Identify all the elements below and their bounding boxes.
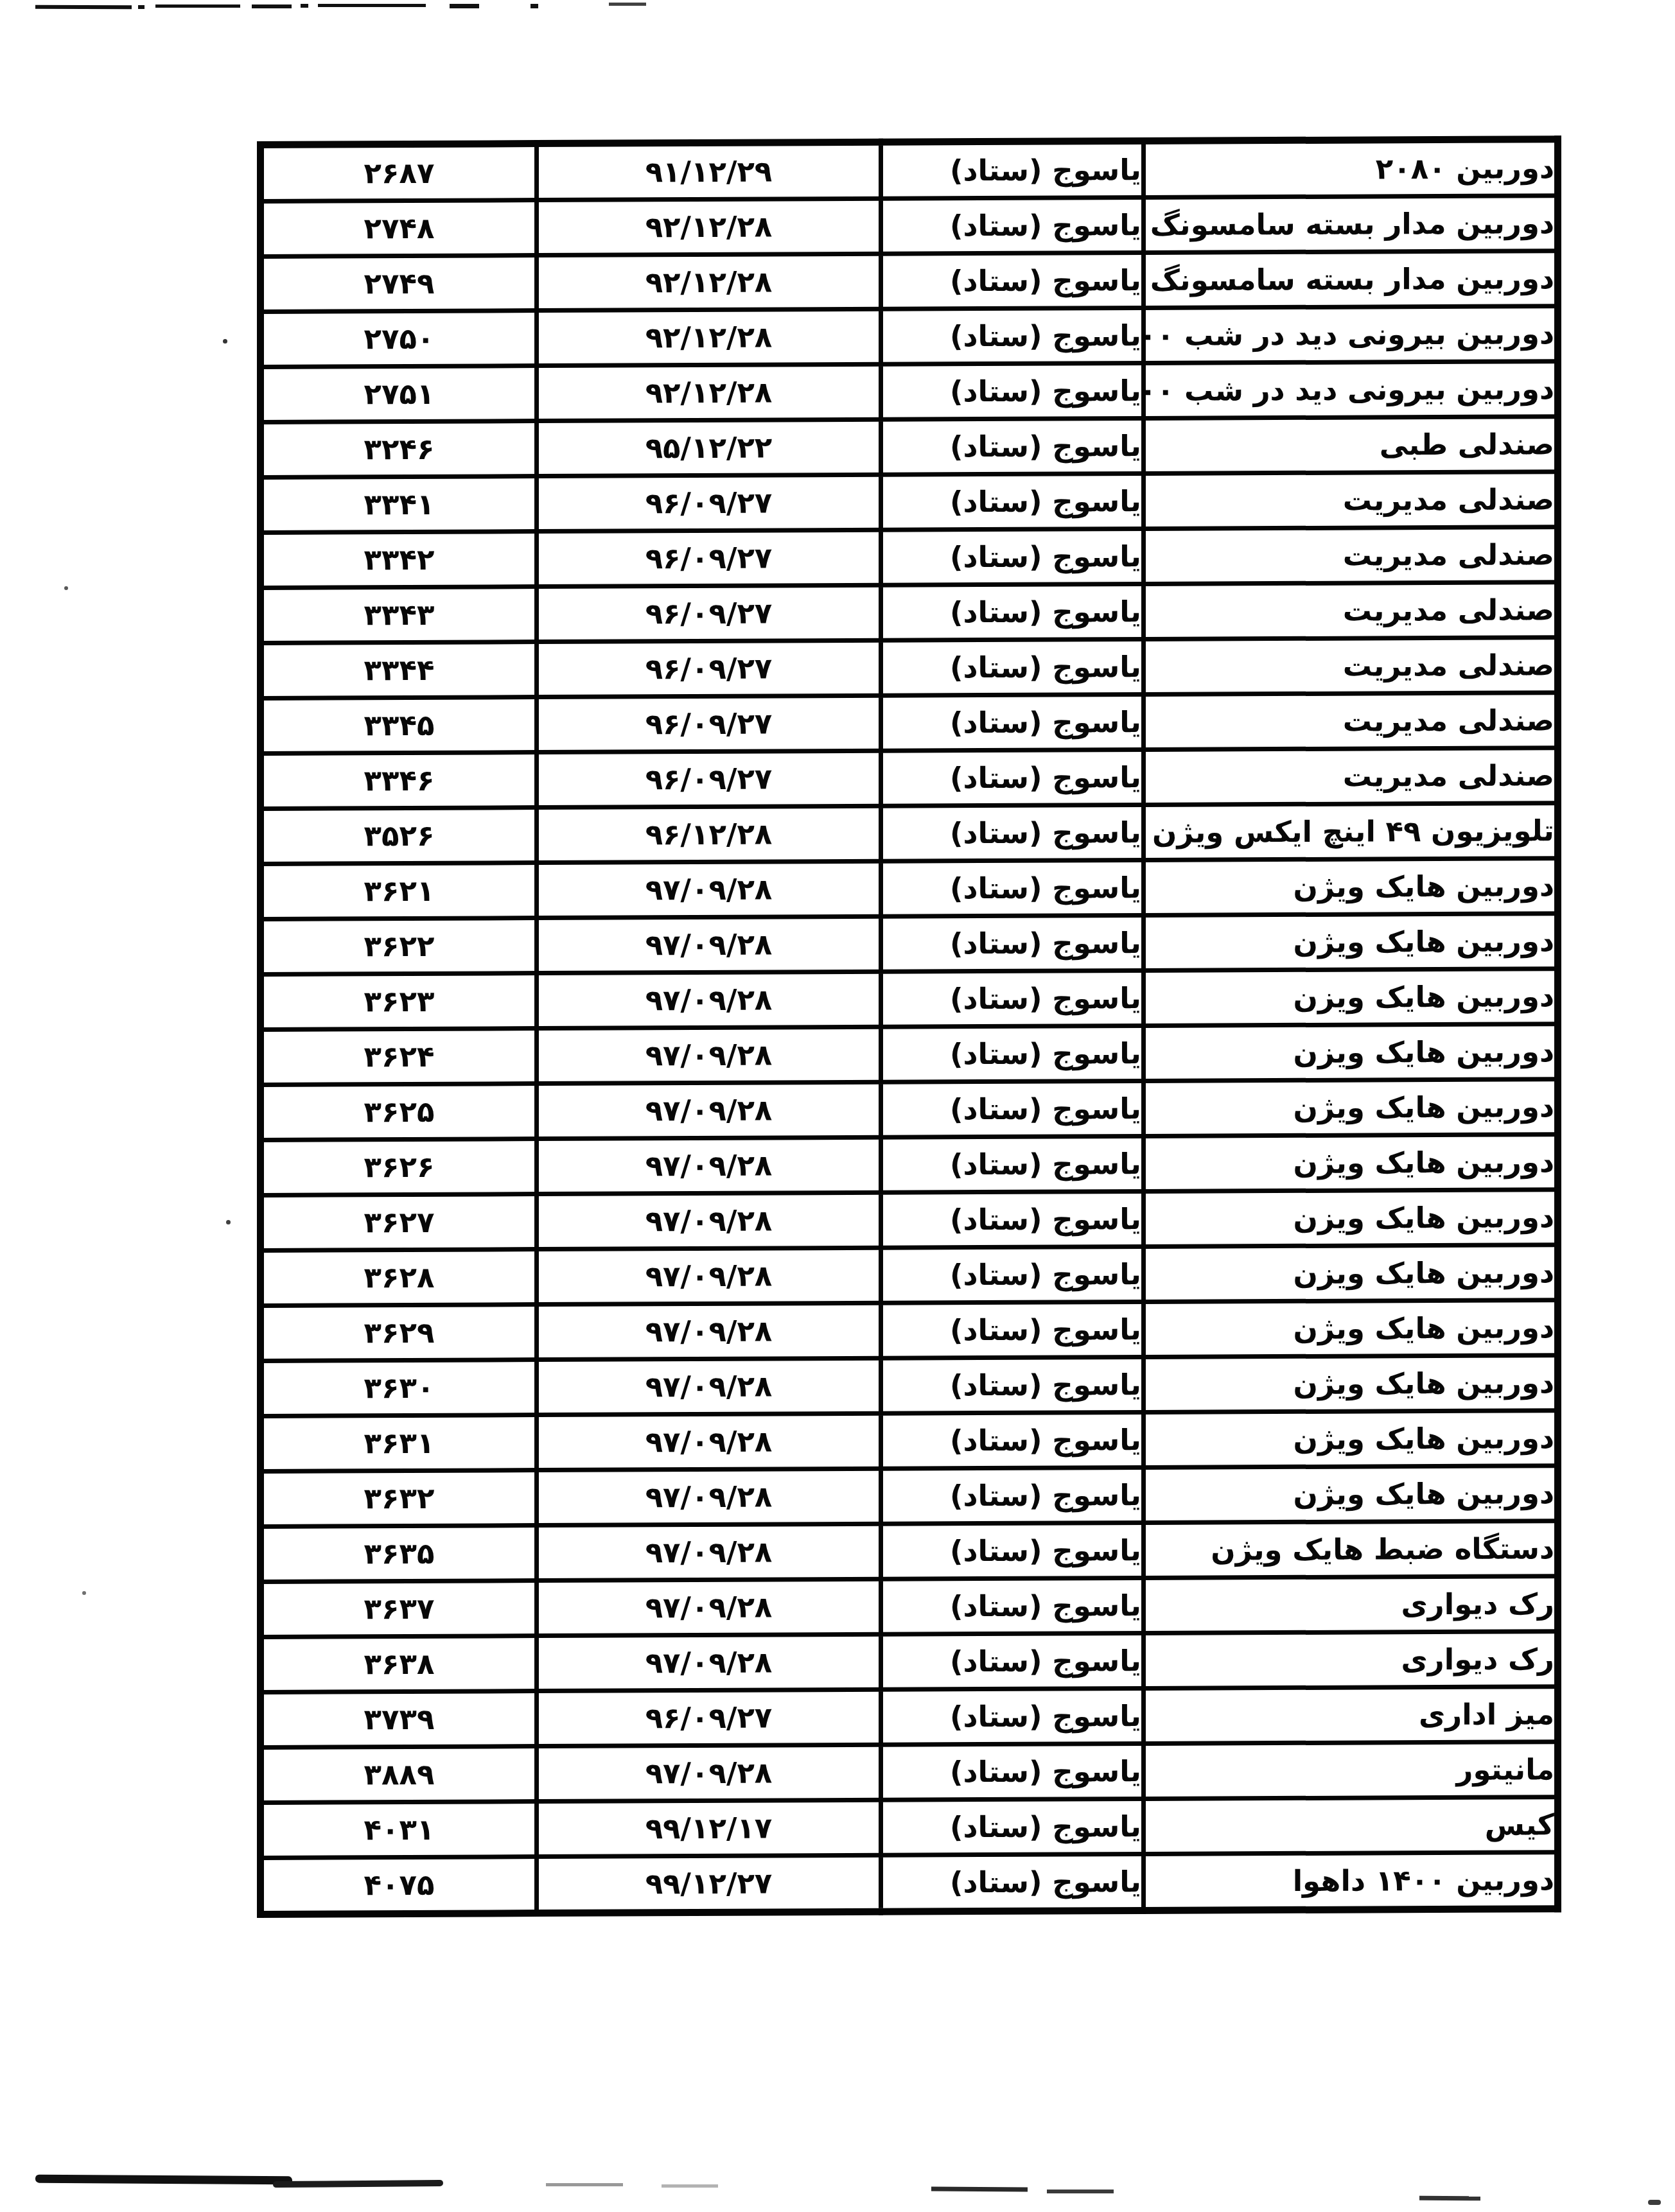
scan-artifact-top-dash: [35, 5, 132, 10]
location-cell: یاسوج (ستاد): [881, 528, 1144, 585]
table-row: ۲۷۴۸ ۹۲/۱۲/۲۸ یاسوج (ستاد) دوربین مدار ب…: [261, 196, 1558, 257]
scan-artifact-speck: [226, 1220, 231, 1224]
location-cell: یاسوج (ستاد): [881, 1467, 1144, 1524]
asset-number-cell: ۳۳۴۵: [261, 697, 537, 754]
date-cell: ۹۹/۱۲/۲۷: [537, 1855, 881, 1913]
location-cell: یاسوج (ستاد): [881, 1798, 1144, 1855]
location-cell: یاسوج (ستاد): [881, 1522, 1144, 1579]
scan-artifact-top-dash: [155, 4, 240, 8]
location-cell: یاسوج (ستاد): [881, 1246, 1144, 1303]
item-name-cell: دوربین بیرونی دید در شب ۹۰۰۰: [1144, 306, 1558, 363]
asset-number-cell: ۳۳۴۱: [261, 476, 537, 533]
location-cell: یاسوج (ستاد): [881, 805, 1144, 861]
asset-number-cell: ۳۶۳۰: [261, 1360, 537, 1416]
item-name-cell: دوربین مدار بسته سامسونگ: [1144, 251, 1558, 308]
location-cell: یاسوج (ستاد): [881, 749, 1144, 806]
asset-number-cell: ۲۷۴۸: [261, 200, 537, 257]
scan-artifact-top-dash: [301, 4, 308, 8]
date-cell: ۹۶/۰۹/۲۷: [537, 751, 881, 807]
date-cell: ۹۶/۰۹/۲۷: [537, 640, 881, 697]
scan-artifact-speck: [223, 339, 227, 344]
asset-number-cell: ۳۶۳۷: [261, 1581, 537, 1637]
table-row: ۳۶۲۷ ۹۷/۰۹/۲۸ یاسوج (ستاد) دوربین هایک و…: [261, 1190, 1558, 1251]
item-name-cell: دوربین مدار بسته سامسونگ: [1144, 196, 1558, 253]
scan-artifact-top-dash: [318, 4, 426, 7]
table-row: ۳۲۴۶ ۹۵/۱۲/۲۲ یاسوج (ستاد) صندلی طبی: [261, 417, 1558, 478]
date-cell: ۹۲/۱۲/۲۸: [537, 364, 881, 421]
table-row: ۳۸۸۹ ۹۷/۰۹/۲۸ یاسوج (ستاد) مانیتور: [261, 1742, 1558, 1803]
table-row: ۳۶۲۹ ۹۷/۰۹/۲۸ یاسوج (ستاد) دوربین هایک و…: [261, 1300, 1558, 1361]
item-name-cell: دوربین هایک ویژن: [1144, 914, 1558, 971]
item-name-cell: دوربین هایک ویژن: [1144, 1466, 1558, 1523]
asset-number-cell: ۳۳۴۴: [261, 642, 537, 699]
location-cell: یاسوج (ستاد): [881, 1081, 1144, 1137]
asset-number-cell: ۳۷۳۹: [261, 1691, 537, 1748]
table-row: ۳۶۲۳ ۹۷/۰۹/۲۸ یاسوج (ستاد) دوربین هایک و…: [261, 969, 1558, 1030]
item-name-cell: دوربین ۲۰۸۰: [1144, 139, 1558, 198]
item-name-cell: میز اداری: [1144, 1687, 1558, 1744]
asset-number-cell: ۳۳۴۳: [261, 587, 537, 643]
location-cell: یاسوج (ستاد): [881, 584, 1144, 640]
location-cell: یاسوج (ستاد): [881, 252, 1144, 309]
date-cell: ۹۷/۰۹/۲۸: [537, 1358, 881, 1415]
date-cell: ۹۹/۱۲/۱۷: [537, 1800, 881, 1856]
item-name-cell: دوربین هایک ویژن: [1144, 1135, 1558, 1192]
scan-artifact-top-dash: [450, 4, 479, 8]
item-name-cell: صندلی مدیریت: [1144, 527, 1558, 584]
item-name-cell: دوربین هایک ویژن: [1144, 1079, 1558, 1136]
asset-number-cell: ۳۶۲۳: [261, 973, 537, 1030]
date-cell: ۹۲/۱۲/۲۸: [537, 309, 881, 365]
location-cell: یاسوج (ستاد): [881, 1743, 1144, 1800]
date-cell: ۹۷/۰۹/۲۸: [537, 1745, 881, 1801]
date-cell: ۹۶/۰۹/۲۷: [537, 530, 881, 586]
table-row: ۳۳۴۲ ۹۶/۰۹/۲۷ یاسوج (ستاد) صندلی مدیریت: [261, 527, 1558, 588]
asset-number-cell: ۲۷۵۱: [261, 366, 537, 422]
scan-artifact-bottom-smudge: [546, 2183, 623, 2186]
date-cell: ۹۶/۱۲/۲۸: [537, 806, 881, 862]
asset-number-cell: ۳۶۳۸: [261, 1636, 537, 1693]
scan-artifact-top-dash: [138, 5, 145, 9]
date-cell: ۹۲/۱۲/۲۸: [537, 254, 881, 310]
asset-number-cell: ۳۸۸۹: [261, 1746, 537, 1803]
date-cell: ۹۵/۱۲/۲۲: [537, 419, 881, 476]
date-cell: ۹۶/۰۹/۲۷: [537, 475, 881, 531]
asset-number-cell: ۳۶۲۸: [261, 1250, 537, 1306]
location-cell: یاسوج (ستاد): [881, 639, 1144, 695]
location-cell: یاسوج (ستاد): [881, 418, 1144, 475]
table-row: ۳۶۳۵ ۹۷/۰۹/۲۸ یاسوج (ستاد) دستگاه ضبط ها…: [261, 1521, 1558, 1582]
table-row: ۴۰۳۱ ۹۹/۱۲/۱۷ یاسوج (ستاد) کیس: [261, 1797, 1558, 1858]
table-row: ۳۶۲۴ ۹۷/۰۹/۲۸ یاسوج (ستاد) دوربین هایک و…: [261, 1024, 1558, 1085]
item-name-cell: دوربین هایک ویزن: [1144, 1190, 1558, 1247]
date-cell: ۹۶/۰۹/۲۷: [537, 1689, 881, 1746]
table-row: ۲۶۸۷ ۹۱/۱۲/۲۹ یاسوج (ستاد) دوربین ۲۰۸۰: [261, 139, 1558, 202]
date-cell: ۹۷/۰۹/۲۸: [537, 1634, 881, 1691]
item-name-cell: صندلی طبی: [1144, 417, 1558, 474]
inventory-table-body: ۲۶۸۷ ۹۱/۱۲/۲۹ یاسوج (ستاد) دوربین ۲۰۸۰ ۲…: [261, 139, 1558, 1915]
table-row: ۳۶۲۸ ۹۷/۰۹/۲۸ یاسوج (ستاد) دوربین هایک و…: [261, 1245, 1558, 1306]
asset-number-cell: ۳۶۲۶: [261, 1139, 537, 1196]
scan-artifact-bottom-smudge: [662, 2184, 718, 2188]
item-name-cell: دوربین هایک ویزن: [1144, 969, 1558, 1026]
table-row: ۳۳۴۳ ۹۶/۰۹/۲۷ یاسوج (ستاد) صندلی مدیریت: [261, 582, 1558, 643]
asset-number-cell: ۳۵۲۶: [261, 808, 537, 864]
table-row: ۲۷۵۱ ۹۲/۱۲/۲۸ یاسوج (ستاد) دوربین بیرونی…: [261, 361, 1558, 422]
item-name-cell: دوربین هایک ویزن: [1144, 1024, 1558, 1081]
asset-number-cell: ۲۶۸۷: [261, 144, 537, 202]
item-name-cell: دوربین ۱۴۰۰ داهوا: [1144, 1852, 1558, 1911]
table-row: ۳۳۴۶ ۹۶/۰۹/۲۷ یاسوج (ستاد) صندلی مدیریت: [261, 748, 1558, 809]
asset-number-cell: ۳۶۳۵: [261, 1526, 537, 1582]
asset-number-cell: ۳۶۲۵: [261, 1084, 537, 1140]
location-cell: یاسوج (ستاد): [881, 197, 1144, 254]
item-name-cell: دوربین بیرونی دید در شب ۱۶۰۰: [1144, 361, 1558, 419]
date-cell: ۹۷/۰۹/۲۸: [537, 1303, 881, 1359]
date-cell: ۹۷/۰۹/۲۸: [537, 971, 881, 1028]
item-name-cell: رک دیواری: [1144, 1576, 1558, 1633]
date-cell: ۹۷/۰۹/۲۸: [537, 1579, 881, 1635]
item-name-cell: رک دیواری: [1144, 1632, 1558, 1689]
asset-number-cell: ۳۶۲۲: [261, 918, 537, 975]
location-cell: یاسوج (ستاد): [881, 970, 1144, 1027]
scan-artifact-bottom-smudge: [35, 2175, 292, 2185]
asset-number-cell: ۳۳۴۶: [261, 753, 537, 809]
scan-artifact-bottom-smudge: [931, 2187, 1028, 2192]
location-cell: یاسوج (ستاد): [881, 1357, 1144, 1413]
location-cell: یاسوج (ستاد): [881, 1191, 1144, 1248]
scanned-page: ۲۶۸۷ ۹۱/۱۲/۲۹ یاسوج (ستاد) دوربین ۲۰۸۰ ۲…: [0, 0, 1675, 2212]
location-cell: یاسوج (ستاد): [881, 1412, 1144, 1468]
table-row: ۳۶۲۶ ۹۷/۰۹/۲۸ یاسوج (ستاد) دوربین هایک و…: [261, 1135, 1558, 1196]
date-cell: ۹۲/۱۲/۲۸: [537, 198, 881, 255]
location-cell: یاسوج (ستاد): [881, 363, 1144, 419]
location-cell: یاسوج (ستاد): [881, 141, 1144, 198]
item-name-cell: تلویزیون ۴۹ اینچ ایکس ویژن: [1144, 803, 1558, 860]
date-cell: ۹۷/۰۹/۲۸: [537, 1192, 881, 1249]
date-cell: ۹۷/۰۹/۲۸: [537, 1413, 881, 1470]
date-cell: ۹۷/۰۹/۲۸: [537, 1468, 881, 1525]
scan-artifact-top-dash: [531, 4, 538, 8]
scan-artifact-bottom-smudge: [1047, 2190, 1114, 2193]
item-name-cell: دوربین هایک ویژن: [1144, 1355, 1558, 1413]
asset-number-cell: ۳۶۳۲: [261, 1470, 537, 1527]
inventory-table: ۲۶۸۷ ۹۱/۱۲/۲۹ یاسوج (ستاد) دوربین ۲۰۸۰ ۲…: [257, 135, 1561, 1918]
asset-number-cell: ۴۰۳۱: [261, 1802, 537, 1858]
asset-number-cell: ۲۷۴۹: [261, 256, 537, 312]
location-cell: یاسوج (ستاد): [881, 915, 1144, 971]
asset-number-cell: ۳۶۲۷: [261, 1194, 537, 1251]
date-cell: ۹۶/۰۹/۲۷: [537, 585, 881, 641]
item-name-cell: دوربین هایک ویزن: [1144, 1245, 1558, 1302]
asset-number-cell: ۲۷۵۰: [261, 311, 537, 367]
location-cell: یاسوج (ستاد): [881, 1633, 1144, 1689]
location-cell: یاسوج (ستاد): [881, 1302, 1144, 1358]
table-row: ۳۶۳۰ ۹۷/۰۹/۲۸ یاسوج (ستاد) دوربین هایک و…: [261, 1355, 1558, 1416]
item-name-cell: دستگاه ضبط هایک ویژن: [1144, 1521, 1558, 1578]
scan-artifact-bottom-smudge: [273, 2180, 443, 2188]
scan-artifact-top-dash: [609, 3, 646, 6]
location-cell: یاسوج (ستاد): [881, 1136, 1144, 1192]
asset-number-cell: ۴۰۷۵: [261, 1857, 537, 1915]
location-cell: یاسوج (ستاد): [881, 694, 1144, 751]
table-row: ۳۶۳۱ ۹۷/۰۹/۲۸ یاسوج (ستاد) دوربین هایک و…: [261, 1411, 1558, 1472]
asset-number-cell: ۳۳۴۲: [261, 532, 537, 588]
table-row: ۳۳۴۱ ۹۶/۰۹/۲۷ یاسوج (ستاد) صندلی مدیریت: [261, 472, 1558, 533]
item-name-cell: صندلی مدیریت: [1144, 582, 1558, 640]
scan-artifact-speck: [64, 586, 68, 590]
table-row: ۳۶۲۲ ۹۷/۰۹/۲۸ یاسوج (ستاد) دوربین هایک و…: [261, 914, 1558, 975]
asset-number-cell: ۳۶۲۹: [261, 1305, 537, 1361]
table-row: ۳۳۴۵ ۹۶/۰۹/۲۷ یاسوج (ستاد) صندلی مدیریت: [261, 693, 1558, 754]
scan-artifact-bottom-smudge: [1648, 2200, 1661, 2205]
table-row: ۲۷۵۰ ۹۲/۱۲/۲۸ یاسوج (ستاد) دوربین بیرونی…: [261, 306, 1558, 367]
item-name-cell: صندلی مدیریت: [1144, 748, 1558, 805]
date-cell: ۹۶/۰۹/۲۷: [537, 695, 881, 752]
date-cell: ۹۷/۰۹/۲۸: [537, 1082, 881, 1138]
date-cell: ۹۷/۰۹/۲۸: [537, 1248, 881, 1304]
table-row: ۳۶۳۲ ۹۷/۰۹/۲۸ یاسوج (ستاد) دوربین هایک و…: [261, 1466, 1558, 1527]
asset-number-cell: ۳۶۳۱: [261, 1415, 537, 1472]
item-name-cell: صندلی مدیریت: [1144, 472, 1558, 529]
date-cell: ۹۱/۱۲/۲۹: [537, 142, 881, 200]
scan-artifact-top-dash: [252, 4, 292, 8]
item-name-cell: دوربین هایک ویژن: [1144, 858, 1558, 916]
scan-artifact-speck: [82, 1591, 86, 1595]
date-cell: ۹۷/۰۹/۲۸: [537, 916, 881, 973]
location-cell: یاسوج (ستاد): [881, 473, 1144, 530]
item-name-cell: صندلی مدیریت: [1144, 638, 1558, 695]
item-name-cell: کیس: [1144, 1797, 1558, 1854]
location-cell: یاسوج (ستاد): [881, 1688, 1144, 1745]
table-row: ۴۰۷۵ ۹۹/۱۲/۲۷ یاسوج (ستاد) دوربین ۱۴۰۰ د…: [261, 1852, 1558, 1915]
item-name-cell: صندلی مدیریت: [1144, 693, 1558, 750]
location-cell: یاسوج (ستاد): [881, 1025, 1144, 1082]
date-cell: ۹۷/۰۹/۲۸: [537, 1524, 881, 1580]
table-row: ۳۷۳۹ ۹۶/۰۹/۲۷ یاسوج (ستاد) میز اداری: [261, 1687, 1558, 1748]
asset-number-cell: ۳۶۲۴: [261, 1029, 537, 1085]
location-cell: یاسوج (ستاد): [881, 1854, 1144, 1912]
date-cell: ۹۷/۰۹/۲۸: [537, 861, 881, 918]
table-row: ۲۷۴۹ ۹۲/۱۲/۲۸ یاسوج (ستاد) دوربین مدار ب…: [261, 251, 1558, 312]
table-row: ۳۶۳۸ ۹۷/۰۹/۲۸ یاسوج (ستاد) رک دیواری: [261, 1632, 1558, 1693]
date-cell: ۹۷/۰۹/۲۸: [537, 1137, 881, 1194]
asset-number-cell: ۳۲۴۶: [261, 421, 537, 478]
scan-artifact-bottom-smudge: [1419, 2196, 1480, 2201]
item-name-cell: دوربین هایک ویژن: [1144, 1411, 1558, 1468]
table-row: ۳۶۳۷ ۹۷/۰۹/۲۸ یاسوج (ستاد) رک دیواری: [261, 1576, 1558, 1637]
item-name-cell: دوربین هایک ویژن: [1144, 1300, 1558, 1357]
table-row: ۳۶۲۵ ۹۷/۰۹/۲۸ یاسوج (ستاد) دوربین هایک و…: [261, 1079, 1558, 1140]
date-cell: ۹۷/۰۹/۲۸: [537, 1027, 881, 1083]
inventory-table-container: ۲۶۸۷ ۹۱/۱۲/۲۹ یاسوج (ستاد) دوربین ۲۰۸۰ ۲…: [257, 135, 1561, 1918]
location-cell: یاسوج (ستاد): [881, 1578, 1144, 1634]
table-row: ۳۳۴۴ ۹۶/۰۹/۲۷ یاسوج (ستاد) صندلی مدیریت: [261, 638, 1558, 699]
asset-number-cell: ۳۶۲۱: [261, 863, 537, 919]
table-row: ۳۵۲۶ ۹۶/۱۲/۲۸ یاسوج (ستاد) تلویزیون ۴۹ ا…: [261, 803, 1558, 864]
table-row: ۳۶۲۱ ۹۷/۰۹/۲۸ یاسوج (ستاد) دوربین هایک و…: [261, 858, 1558, 919]
item-name-cell: مانیتور: [1144, 1742, 1558, 1799]
location-cell: یاسوج (ستاد): [881, 308, 1144, 364]
location-cell: یاسوج (ستاد): [881, 860, 1144, 916]
